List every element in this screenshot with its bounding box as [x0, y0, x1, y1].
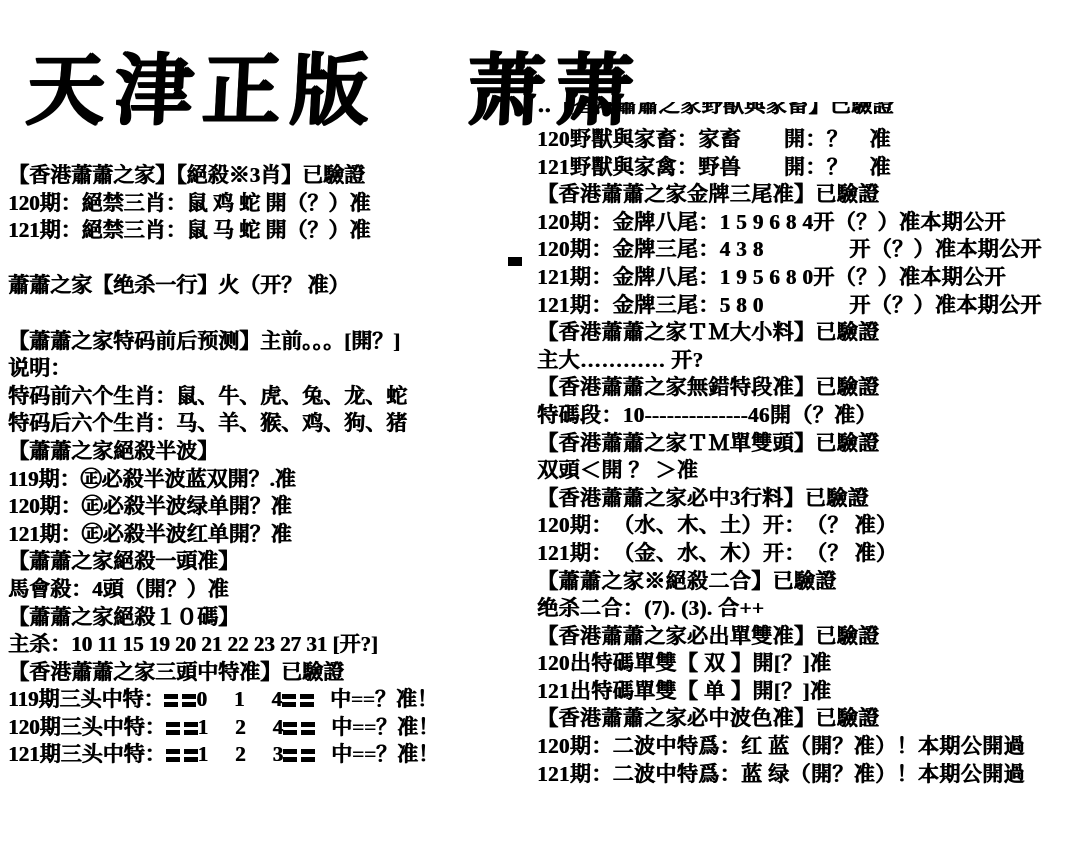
- clipped-text: ‥【香港蕭蕭之家野獸與家畜】已驗證: [537, 102, 1080, 119]
- text-line: 特碼段：10--------------46開（？准）: [537, 402, 1080, 430]
- ink-blot-mark: [508, 257, 522, 266]
- redacted-bar-block: [283, 749, 297, 762]
- text-line: 121期：二波中特爲：蓝 绿（開？准）！本期公開過: [537, 761, 1080, 789]
- text-line: 119期：㊣必殺半波蓝双開？.准: [8, 466, 535, 494]
- text-line: 120期：絕禁三肖：鼠 鸡 蛇 開（？）准: [8, 190, 535, 218]
- text-line: 121期： （金、水、木）开： （？ 准）: [537, 540, 1080, 568]
- text-line: 121期：金牌八尾：1 9 5 6 8 0开（？）准本期公开: [537, 264, 1080, 292]
- text-line: 主大………… 开?: [537, 347, 1080, 375]
- redacted-bar-block: [166, 749, 180, 762]
- text-line: 121野獸與家禽：野兽 開：？ 准: [537, 154, 1080, 182]
- text-line: 121出特碼單雙【 单 】開[？]准: [537, 678, 1080, 706]
- text-line: 馬會殺：4頭（開？）准: [8, 576, 535, 604]
- text-line: 120期： （水、木、土）开： （？ 准）: [537, 512, 1080, 540]
- bar-row-digit: 0: [196, 686, 207, 714]
- redacted-bars: [283, 742, 315, 770]
- section-header-line: 【香港蕭蕭之家】【絕殺※3肖】已驗證: [8, 162, 535, 190]
- text-line: 特码后六个生肖：马、羊、猴、鸡、狗、猪: [8, 410, 535, 438]
- redacted-bar-block: [184, 722, 198, 735]
- blank-line: [8, 245, 535, 273]
- text-line: 说明：: [8, 355, 535, 383]
- redacted-bar-block: [300, 694, 314, 707]
- section-header-line: 【蕭蕭之家絕殺半波】: [8, 438, 535, 466]
- bar-row-label: 120期三头中特：: [8, 715, 166, 739]
- redacted-bars: [164, 687, 196, 715]
- text-line: 121期：絕禁三肖：鼠 马 蛇 開（？）准: [8, 217, 535, 245]
- redacted-bar-block: [166, 722, 180, 735]
- text-line: 双頭＜開 ？ ＞准: [537, 457, 1080, 485]
- section-header-line: 【香港蕭蕭之家必中3行料】已驗證: [537, 485, 1080, 513]
- bar-row-result: 中==？准！: [331, 715, 439, 739]
- section-header-line: 【香港蕭蕭之家必中波色准】已驗證: [537, 705, 1080, 733]
- section-header-line: 【香港蕭蕭之家三頭中特准】已驗證: [8, 659, 535, 687]
- bar-row-digit: 1: [198, 714, 209, 742]
- bar-row: 119期三头中特：014中==？准！: [8, 686, 535, 714]
- bar-row-digit: 2: [235, 714, 246, 742]
- bar-row-result: 中==？准！: [330, 687, 438, 711]
- section-header-line: 【蕭蕭之家特码前后预测】主前。。。[開？]: [8, 328, 535, 356]
- text-line: 特码前六个生肖：鼠、牛、虎、兔、龙、蛇: [8, 383, 535, 411]
- clipped-text-line: ‥【香港蕭蕭之家野獸與家畜】已驗證: [537, 102, 1080, 126]
- text-line: 蕭蕭之家【绝杀一行】火（开？ 准）: [8, 272, 535, 300]
- text-line: 120期：㊣必殺半波绿单開？准: [8, 493, 535, 521]
- redacted-bar-block: [301, 749, 315, 762]
- section-header-line: 【蕭蕭之家絕殺１０碼】: [8, 604, 535, 632]
- redacted-bar-block: [184, 749, 198, 762]
- bar-row-digit: 1: [234, 686, 245, 714]
- text-line: 绝杀二合：(7). (3). 合++: [537, 595, 1080, 623]
- section-header-line: 【香港蕭蕭之家ＴＭ單雙頭】已驗證: [537, 430, 1080, 458]
- redacted-bar-block: [301, 722, 315, 735]
- redacted-bar-block: [164, 694, 178, 707]
- bar-row-digit: 1: [198, 741, 209, 769]
- bar-row-digit: 4: [273, 714, 284, 742]
- bar-row-label: 121期三头中特：: [8, 742, 166, 766]
- left-column: 【香港蕭蕭之家】【絕殺※3肖】已驗證120期：絕禁三肖：鼠 鸡 蛇 開（？）准1…: [8, 162, 535, 769]
- right-column: ‥【香港蕭蕭之家野獸與家畜】已驗證120野獸與家畜：家畜 開：？ 准121野獸與…: [537, 102, 1080, 788]
- bar-row-digit: 4: [271, 686, 282, 714]
- section-header-line: 【香港蕭蕭之家無錯特段准】已驗證: [537, 374, 1080, 402]
- text-line: 120期：二波中特爲：红 蓝（開？准）！本期公開過: [537, 733, 1080, 761]
- bar-row-result: 中==？准！: [331, 742, 439, 766]
- redacted-bars: [283, 715, 315, 743]
- redacted-bar-block: [182, 694, 196, 707]
- section-header-line: 【蕭蕭之家※絕殺二合】已驗證: [537, 568, 1080, 596]
- section-header-line: 【香港蕭蕭之家必出單雙准】已驗證: [537, 623, 1080, 651]
- bar-row-digit: 2: [235, 741, 246, 769]
- redacted-bars: [166, 715, 198, 743]
- bar-row: 120期三头中特：124中==？准！: [8, 714, 535, 742]
- text-line: 120期：金牌八尾：1 5 9 6 8 4开（？）准本期公开: [537, 209, 1080, 237]
- section-header-line: 【香港蕭蕭之家金牌三尾准】已驗證: [537, 181, 1080, 209]
- blank-line: [8, 300, 535, 328]
- redacted-bar-block: [282, 694, 296, 707]
- scanned-tip-sheet-page: 天津正版 萧萧 【香港蕭蕭之家】【絕殺※3肖】已驗證120期：絕禁三肖：鼠 鸡 …: [0, 0, 1080, 861]
- redacted-bar-block: [283, 722, 297, 735]
- text-line: 120期：金牌三尾：4 3 8 开（？）准本期公开: [537, 236, 1080, 264]
- redacted-bars: [282, 687, 314, 715]
- text-line: 121期：金牌三尾：5 8 0 开（？）准本期公开: [537, 292, 1080, 320]
- text-line: 121期：㊣必殺半波红单開？准: [8, 521, 535, 549]
- text-line: 主杀：10 11 15 19 20 21 22 23 27 31 [开?]: [8, 631, 535, 659]
- section-header-line: 【香港蕭蕭之家ＴＭ大小料】已驗證: [537, 319, 1080, 347]
- section-header-line: 【蕭蕭之家絕殺一頭准】: [8, 548, 535, 576]
- redacted-bars: [166, 742, 198, 770]
- bar-row-label: 119期三头中特：: [8, 687, 164, 711]
- bar-row-digit: 3: [273, 741, 284, 769]
- text-line: 120出特碼單雙【 双 】開[？]准: [537, 650, 1080, 678]
- text-line: 120野獸與家畜：家畜 開：？ 准: [537, 126, 1080, 154]
- bar-row: 121期三头中特：123中==？准！: [8, 741, 535, 769]
